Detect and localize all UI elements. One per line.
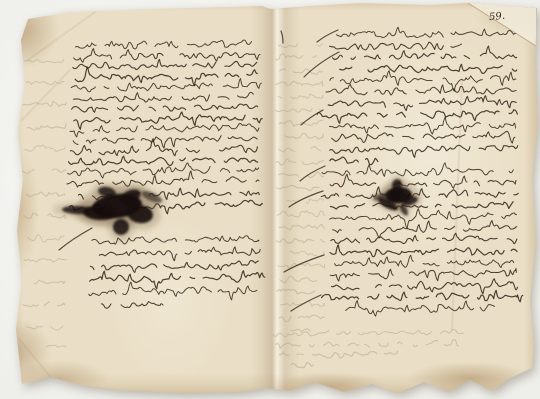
right-page-ink-blot [368,174,424,222]
paragraph-mark [281,31,283,43]
handwriting-line [330,157,378,165]
handwriting-line [333,220,517,238]
right-page-paragraph-marks [281,30,339,311]
bleed-line [280,351,398,359]
handwriting-line [321,290,522,304]
handwriting-line [326,82,516,96]
handwriting-line [340,64,517,75]
bleed-line [27,326,63,330]
left-page-handwriting [64,39,265,309]
handwriting-line [68,154,257,167]
bleed-line [23,302,64,307]
handwriting-line [328,95,516,111]
handwriting-line [330,69,516,92]
bleed-line [276,159,324,165]
paragraph-mark [301,110,323,125]
bleed-line [278,146,320,152]
handwriting-line [75,39,251,50]
handwriting-line [68,162,259,179]
bleed-line [279,172,324,178]
paragraph-mark [284,255,324,272]
bleed-line [28,235,64,242]
handwriting-line [335,254,514,270]
bleed-line [47,345,66,347]
bleed-line [34,280,65,284]
bleed-line [287,198,324,204]
bleed-line [278,94,323,99]
handwriting-line [89,268,264,290]
handwriting-line [73,135,257,150]
handwriting-line [89,280,257,303]
handwriting-line [330,202,513,211]
handwriting-line [336,26,516,39]
paragraph-mark [317,30,338,42]
bleed-line [279,315,324,322]
bleed-line [275,54,316,60]
handwriting-line [73,58,257,71]
bleed-line [24,213,65,218]
bleed-line [22,169,66,174]
handwriting-line [75,64,258,88]
handwriting-line [333,46,517,61]
handwriting-line [101,301,163,308]
bleed-line [285,133,324,139]
crease-line [22,70,70,120]
handwriting-line [331,233,517,246]
blot-body [113,219,129,235]
handwriting-line [331,279,517,296]
bleed-line [275,108,323,112]
handwriting-line [330,145,518,159]
bleed-line [276,81,323,86]
bleed-line [23,102,66,107]
handwriting-line [330,243,517,258]
bleed-line [273,329,463,337]
left-page-paragraph-marks [59,228,92,250]
handwriting-line [322,162,513,177]
handwriting-line [329,42,461,51]
bleed-line [275,339,458,348]
handwriting-line [330,172,516,189]
bleed-line [290,251,325,256]
bleed-line [24,145,65,151]
bleed-line [276,238,324,243]
paragraph-mark [59,228,92,250]
bleed-line [277,185,319,191]
bleed-line [277,289,325,294]
handwriting-line [90,260,258,273]
bleed-line [278,43,322,47]
scan-surface: 59. [0,0,540,399]
bleed-line [277,211,324,218]
manuscript-artwork: 59. [0,0,540,399]
handwriting-line [72,103,258,112]
manuscript-sheet: 59. [0,0,540,399]
right-page-handwriting [316,26,523,317]
paper-background: 59. [0,0,540,399]
bleed-line [24,259,67,262]
handwriting-line [73,91,253,104]
handwriting-line [330,268,516,282]
bleed-line [280,68,323,74]
crease-line [20,340,58,386]
bleed-line [280,276,317,283]
page-number: 59. [489,11,506,24]
paragraph-mark [300,166,325,181]
paragraph-mark [304,52,339,77]
right-page-bleedthrough-ink [270,42,463,368]
left-page-bleedthrough-ink [22,59,67,347]
handwriting-line [332,131,515,145]
bleed-line [279,224,324,230]
handwriting-line [346,299,495,317]
crease-line [28,12,95,60]
handwriting-line [99,246,260,262]
handwriting-line [317,110,517,124]
bleed-line [292,363,314,368]
bleed-line [26,192,65,197]
left-page-ink-blot [53,181,171,241]
handwriting-line [71,78,261,92]
bleed-line [27,124,66,130]
bleed-line [291,329,317,332]
paragraph-mark [289,191,323,207]
handwriting-line [67,170,259,187]
handwriting-line [70,123,259,137]
handwriting-line [74,46,260,64]
